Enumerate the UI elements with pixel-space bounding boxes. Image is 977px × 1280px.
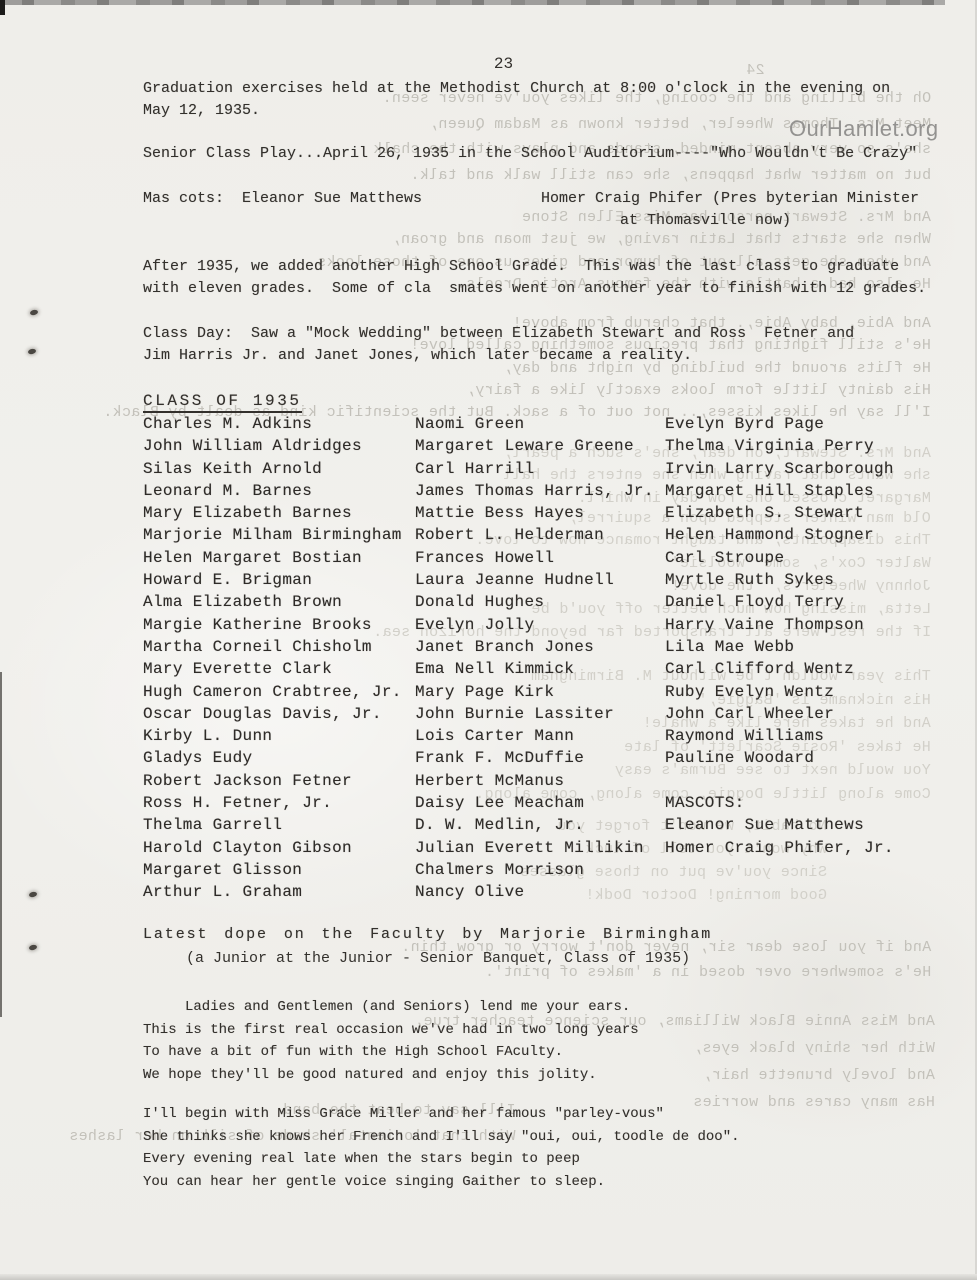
poem-stanza-2: I'll begin with Miss Grace Miller and he…	[143, 1103, 740, 1193]
student-name: Ross H. Fetner, Jr.	[143, 792, 415, 814]
scan-edge-top	[0, 0, 945, 5]
text-line: Class Day: Saw a "Mock Wedding" between …	[143, 323, 854, 345]
student-name: Evelyn Byrd Page	[665, 413, 965, 435]
student-name: Lila Mae Webb	[665, 636, 965, 658]
student-name: Frances Howell	[415, 547, 665, 569]
class-roster: Charles M. AdkinsJohn William AldridgesS…	[143, 413, 965, 904]
mascots-right: Homer Craig Phifer (Pres byterian Minist…	[541, 188, 919, 233]
student-name: Frank F. McDuffie	[415, 747, 665, 769]
student-name: Robert Jackson Fetner	[143, 770, 415, 792]
text-line: at Thomasville now)	[541, 210, 919, 232]
poem-line: To have a bit of fun with the High Schoo…	[143, 1041, 639, 1064]
student-name: Ema Nell Kimmick	[415, 658, 665, 680]
student-name: Daniel Floyd Terry	[665, 591, 965, 613]
poem-line: She thinks she knows her French and I'll…	[143, 1126, 740, 1149]
student-name: Hugh Cameron Crabtree, Jr.	[143, 681, 415, 703]
student-name: Harry Vaine Thompson	[665, 614, 965, 636]
student-name: Janet Branch Jones	[415, 636, 665, 658]
student-name: James Thomas Harris, Jr.	[415, 480, 665, 502]
text-line: with eleven grades. Some of cla smates w…	[143, 278, 926, 300]
poem-line: I'll begin with Miss Grace Miller and he…	[143, 1103, 740, 1126]
text-line: May 12, 1935.	[143, 100, 890, 122]
poem-line: We hope they'll be good natured and enjo…	[143, 1064, 639, 1087]
student-name: Margaret Hill Staples	[665, 480, 965, 502]
class-of-1935-heading: CLASS OF 1935	[143, 392, 302, 413]
student-name: Elizabeth S. Stewart	[665, 502, 965, 524]
student-name: Marjorie Milham Birmingham	[143, 524, 415, 546]
student-name: Irvin Larry Scarborough	[665, 458, 965, 480]
mascots-left: Mas cots: Eleanor Sue Matthews	[143, 188, 422, 210]
paragraph-after-1935: After 1935, we added another High School…	[143, 256, 926, 301]
student-name: Donald Hughes	[415, 591, 665, 613]
student-name: Ruby Evelyn Wentz	[665, 681, 965, 703]
paragraph-class-day: Class Day: Saw a "Mock Wedding" between …	[143, 323, 854, 368]
student-name: Howard E. Brigman	[143, 569, 415, 591]
text-line: After 1935, we added another High School…	[143, 256, 926, 278]
student-name: John William Aldridges	[143, 435, 415, 457]
student-name: Thelma Garrell	[143, 814, 415, 836]
student-name: Julian Everett Millikin	[415, 837, 665, 859]
student-name: Lois Carter Mann	[415, 725, 665, 747]
student-name: John Carl Wheeler	[665, 703, 965, 725]
student-name: Mary Page Kirk	[415, 681, 665, 703]
poem-line: This is the first real occasion we've ha…	[143, 1019, 639, 1042]
scan-edge-bottom	[0, 1274, 977, 1280]
staple-mark	[28, 348, 37, 355]
text-line: Jim Harris Jr. and Janet Jones, which la…	[143, 345, 854, 367]
student-name: Harold Clayton Gibson	[143, 837, 415, 859]
student-name: Eleanor Sue Matthews	[665, 814, 965, 836]
roster-column-3: Evelyn Byrd PageThelma Virginia PerryIrv…	[665, 413, 965, 904]
student-name: Carl Clifford Wentz	[665, 658, 965, 680]
student-name: Kirby L. Dunn	[143, 725, 415, 747]
page-number: 23	[30, 55, 977, 73]
poem-line: Ladies and Gentlemen (and Seniors) lend …	[143, 996, 639, 1019]
scan-corner-mark	[0, 0, 5, 15]
student-name: Arthur L. Graham	[143, 881, 415, 903]
student-name: Thelma Virginia Perry	[665, 435, 965, 457]
student-name: Helen Margaret Bostian	[143, 547, 415, 569]
student-name: MASCOTS:	[665, 792, 965, 814]
paragraph-graduation: Graduation exercises held at the Methodi…	[143, 78, 890, 123]
student-name: Chalmers Morrison	[415, 859, 665, 881]
student-name: Mattie Bess Hayes	[415, 502, 665, 524]
student-name: Myrtle Ruth Sykes	[665, 569, 965, 591]
student-name: Pauline Woodard	[665, 747, 965, 769]
student-name: Homer Craig Phifer, Jr.	[665, 837, 965, 859]
student-name: Margie Katherine Brooks	[143, 614, 415, 636]
student-name: Margaret Glisson	[143, 859, 415, 881]
student-name	[665, 881, 965, 903]
staple-mark	[29, 944, 38, 951]
roster-column-2: Naomi GreenMargaret Leware GreeneCarl Ha…	[415, 413, 665, 904]
student-name: Raymond Williams	[665, 725, 965, 747]
paragraph-senior-play: Senior Class Play...April 26, 1935 in th…	[143, 143, 917, 165]
student-name: Naomi Green	[415, 413, 665, 435]
student-name: Robert L. Helderman	[415, 524, 665, 546]
faculty-section-heading: Latest dope on the Faculty by Marjorie B…	[143, 926, 712, 943]
student-name: Mary Everette Clark	[143, 658, 415, 680]
student-name: Nancy Olive	[415, 881, 665, 903]
student-name: Daisy Lee Meacham	[415, 792, 665, 814]
student-name: Helen Hammond Stogner	[665, 524, 965, 546]
student-name: John Burnie Lassiter	[415, 703, 665, 725]
text-line: Graduation exercises held at the Methodi…	[143, 78, 890, 100]
student-name: Carl Stroupe	[665, 547, 965, 569]
student-name	[665, 859, 965, 881]
student-name: Laura Jeanne Hudnell	[415, 569, 665, 591]
student-name: Gladys Eudy	[143, 747, 415, 769]
student-name: Alma Elizabeth Brown	[143, 591, 415, 613]
student-name: Charles M. Adkins	[143, 413, 415, 435]
staple-mark	[30, 309, 39, 316]
student-name: Silas Keith Arnold	[143, 458, 415, 480]
student-name: Herbert McManus	[415, 770, 665, 792]
poem-line: Every evening real late when the stars b…	[143, 1148, 740, 1171]
poem-stanza-1: Ladies and Gentlemen (and Seniors) lend …	[143, 996, 639, 1086]
text-line: Homer Craig Phifer (Pres byterian Minist…	[541, 188, 919, 210]
student-name: Martha Corneil Chisholm	[143, 636, 415, 658]
student-name: Leonard M. Barnes	[143, 480, 415, 502]
text-line: Mas cots: Eleanor Sue Matthews	[143, 188, 422, 210]
student-name: Oscar Douglas Davis, Jr.	[143, 703, 415, 725]
student-name: D. W. Medlin, Jr.	[415, 814, 665, 836]
staple-mark	[29, 891, 38, 898]
student-name: Mary Elizabeth Barnes	[143, 502, 415, 524]
poem-line: You can hear her gentle voice singing Ga…	[143, 1171, 740, 1194]
student-name: Margaret Leware Greene	[415, 435, 665, 457]
roster-column-1: Charles M. AdkinsJohn William AldridgesS…	[143, 413, 415, 904]
scanned-page: 24Oh the billing and the cooing, the lik…	[0, 0, 977, 1280]
student-name: Evelyn Jolly	[415, 614, 665, 636]
faculty-section-subheading: (a Junior at the Junior - Senior Banquet…	[186, 950, 690, 967]
student-name	[665, 770, 965, 792]
scan-edge-left	[0, 672, 2, 1017]
text-line: Senior Class Play...April 26, 1935 in th…	[143, 143, 917, 165]
student-name: Carl Harrill	[415, 458, 665, 480]
